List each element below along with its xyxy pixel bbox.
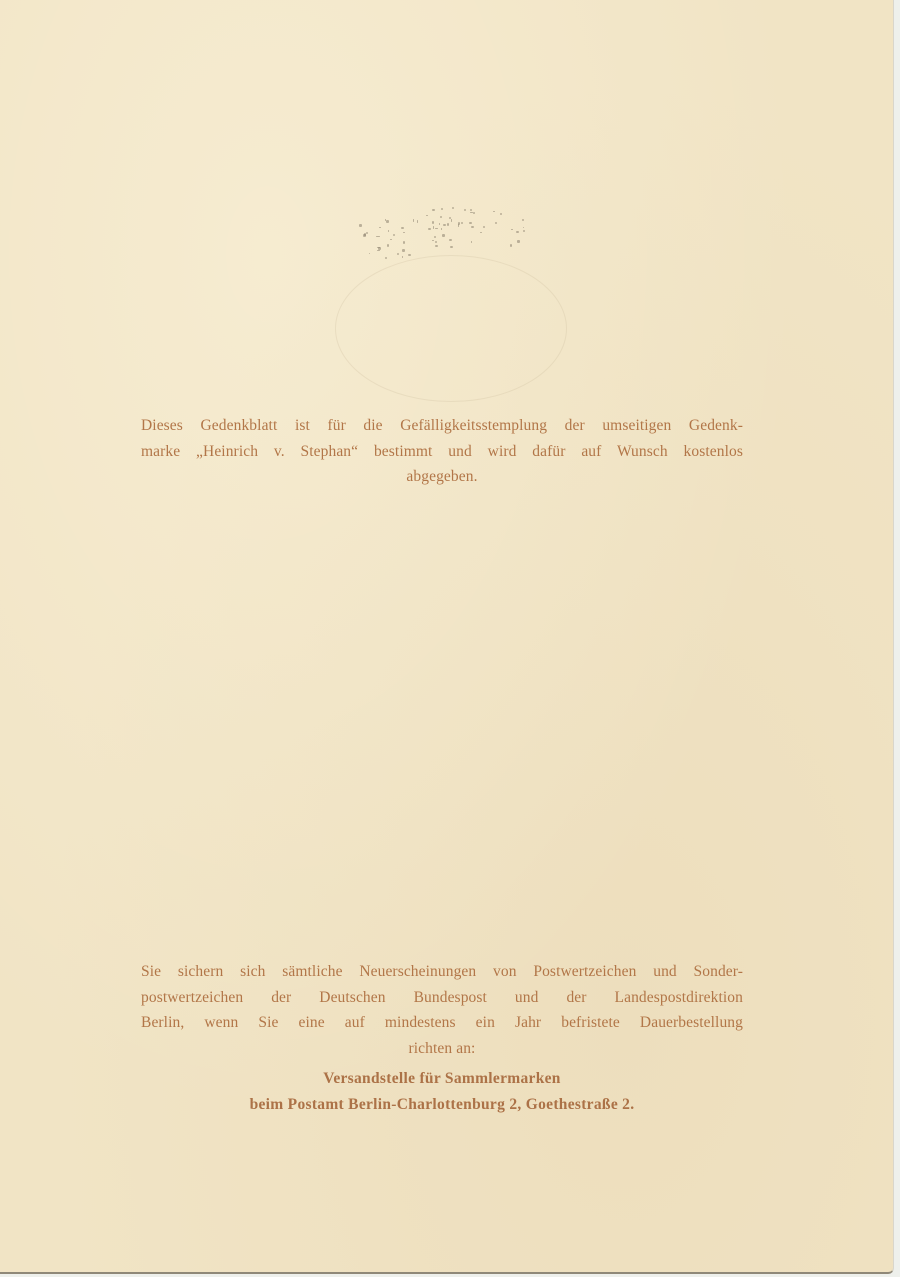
ink-speck xyxy=(449,239,452,240)
subscription-paragraph: Sie sichern sich sämtliche Neuerscheinun… xyxy=(141,959,743,1061)
ink-speck xyxy=(523,227,524,229)
ink-speck xyxy=(386,220,389,223)
ink-speck xyxy=(451,219,452,222)
intro-line: Dieses Gedenkblatt ist für die Gefälligk… xyxy=(141,413,743,439)
ink-speck xyxy=(369,253,370,254)
ink-speck xyxy=(452,207,454,209)
ink-speck xyxy=(469,222,472,225)
ink-speck xyxy=(435,245,438,247)
subscription-line: Berlin, wenn Sie eine auf mindestens ein… xyxy=(141,1010,743,1036)
subscription-line: richten an: xyxy=(141,1036,743,1062)
ink-speck xyxy=(500,213,502,215)
ink-speck xyxy=(403,241,404,243)
ink-speck xyxy=(432,240,434,242)
ink-speck xyxy=(440,216,442,218)
ink-speck xyxy=(470,209,472,210)
ink-speck xyxy=(402,249,405,252)
ink-speck xyxy=(426,215,428,216)
ink-speck xyxy=(387,244,389,246)
ink-speck xyxy=(401,227,404,228)
intro-line: marke „Heinrich v. Stephan“ bestimmt und… xyxy=(141,439,743,465)
ink-speck xyxy=(366,232,368,234)
ink-speck xyxy=(379,227,381,228)
ink-speck xyxy=(413,219,414,221)
ink-speck xyxy=(403,232,405,233)
ink-speck xyxy=(517,240,520,242)
ink-speck xyxy=(441,208,443,210)
ink-speck xyxy=(443,224,446,226)
postmark-bleed-through xyxy=(335,255,567,402)
ink-speck xyxy=(377,250,380,252)
ink-speck xyxy=(364,233,366,236)
ink-speck xyxy=(408,254,410,256)
ink-speck xyxy=(432,209,435,211)
ink-speck xyxy=(461,222,464,224)
ink-speck xyxy=(483,226,485,228)
ink-speck xyxy=(397,253,399,254)
ink-speck xyxy=(432,221,434,224)
ink-speck xyxy=(495,222,496,223)
ink-speck xyxy=(522,219,524,221)
ink-speck xyxy=(480,232,482,234)
commemorative-sheet: Dieses Gedenkblatt ist für die Gefälligk… xyxy=(0,0,894,1274)
ink-speck xyxy=(493,211,494,212)
ink-speck xyxy=(439,223,440,226)
ink-speck xyxy=(435,228,438,229)
ink-speck xyxy=(447,223,448,226)
ink-speck xyxy=(390,239,392,240)
address-block: Versandstelle für Sammlermarken beim Pos… xyxy=(141,1066,743,1118)
ink-speck xyxy=(450,246,453,249)
ink-speck xyxy=(402,256,403,258)
ink-speck xyxy=(471,241,473,244)
ink-speck xyxy=(471,226,474,228)
intro-line: abgegeben. xyxy=(141,464,743,490)
ink-speck xyxy=(385,257,387,258)
ink-speck xyxy=(442,234,445,237)
subscription-line: Sie sichern sich sämtliche Neuerscheinun… xyxy=(141,959,743,985)
ink-speck xyxy=(388,230,389,232)
ink-speck xyxy=(435,241,437,243)
ink-speck xyxy=(378,247,380,250)
ink-speck xyxy=(376,236,379,237)
ink-speck xyxy=(359,224,362,226)
address-line-street: beim Postamt Berlin-Charlottenburg 2, Go… xyxy=(141,1092,743,1118)
ink-speck xyxy=(434,236,436,239)
ink-speck xyxy=(417,220,418,223)
ink-speck xyxy=(393,234,396,236)
ink-speck xyxy=(458,224,459,227)
ink-speck xyxy=(523,230,525,232)
ink-speck xyxy=(385,219,386,220)
ink-speck xyxy=(464,209,466,210)
ink-speck xyxy=(428,228,431,230)
ink-speck xyxy=(433,226,434,229)
address-line-office: Versandstelle für Sammlermarken xyxy=(141,1066,743,1092)
ink-speck xyxy=(511,229,512,230)
ink-speck xyxy=(441,228,442,229)
ink-speck xyxy=(516,231,519,233)
ink-speck xyxy=(510,244,512,247)
stamp-ink-specks xyxy=(355,198,535,253)
intro-paragraph: Dieses Gedenkblatt ist für die Gefälligk… xyxy=(141,413,743,490)
subscription-line: postwertzeichen der Deutschen Bundespost… xyxy=(141,985,743,1011)
ink-speck xyxy=(449,217,451,218)
